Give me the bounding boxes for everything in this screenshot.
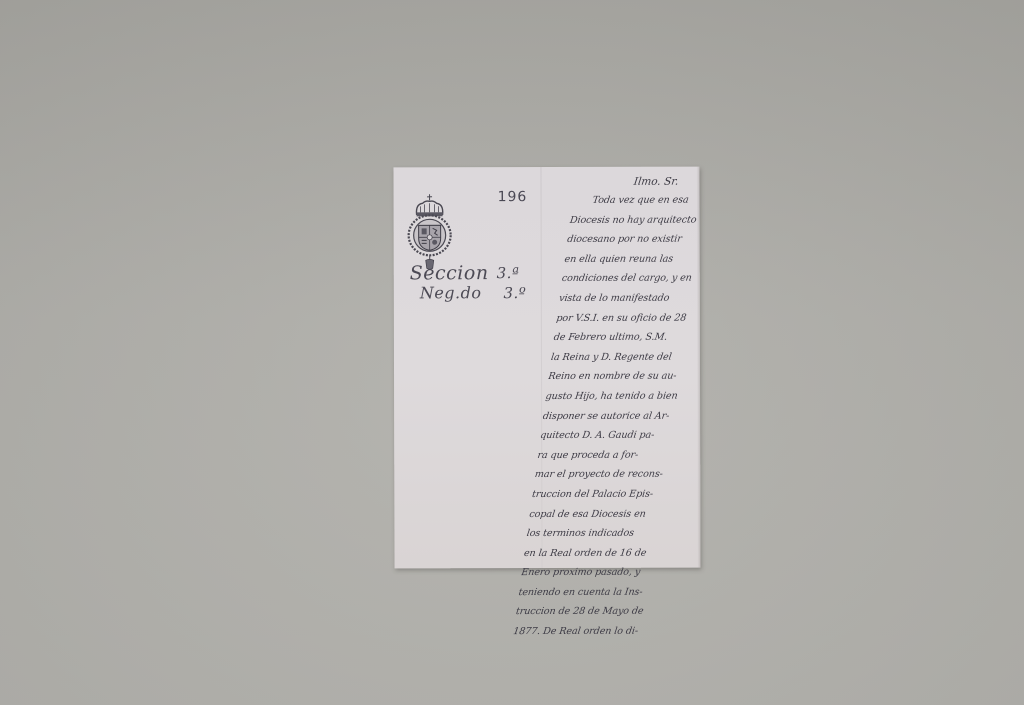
seccion-number: 3.ª	[497, 263, 520, 283]
letter-line: diocesano por no existir	[566, 230, 721, 250]
letter-line: mar el proyecto de recons-	[533, 465, 688, 485]
letter-line: teniendo en cuenta la Ins-	[517, 583, 672, 603]
letter-line: Diocesis no hay arquitecto	[569, 210, 724, 230]
royal-crest-icon	[404, 192, 456, 270]
letter-line: en la Real orden de 16 de	[523, 543, 678, 563]
section-heading: Seccion 3.ª Neg.do 3.º	[410, 263, 527, 303]
negociado-label: Neg.do	[420, 283, 482, 303]
negociado-number: 3.º	[503, 283, 526, 303]
letter-line: disponer se autorice al Ar-	[542, 406, 697, 426]
letter-line: quitecto D. A. Gaudi pa-	[539, 426, 694, 446]
letter-line: los terminos indicados	[525, 524, 680, 544]
letter-line: copal de esa Diocesis en	[528, 504, 683, 524]
letter-line: Toda vez que en esa	[571, 191, 726, 211]
letter-line: truccion del Palacio Epis-	[531, 485, 686, 505]
letter-line: condiciones del cargo, y en	[560, 269, 715, 289]
letter-line: Enero proximo pasado, y	[520, 563, 675, 583]
letter-line: en ella quien reuna las	[563, 249, 718, 269]
letter-line: 1877. De Real orden lo di-	[512, 622, 667, 642]
letter-line: vista de lo manifestado	[558, 289, 713, 309]
letter-line: la Reina y D. Regente del	[550, 347, 705, 367]
folio-number: 196	[498, 189, 528, 205]
document-page: 196 Seccion 3.ª Neg.do 3.º Il	[393, 167, 700, 569]
seccion-label: Seccion	[410, 263, 489, 283]
letter-line: truccion de 28 de Mayo de	[514, 602, 669, 622]
salutation: Ilmo. Sr.	[584, 173, 728, 191]
letter-body: Ilmo. Sr. Toda vez que en esa Diocesis n…	[512, 173, 729, 642]
letter-line: Reino en nombre de su au-	[547, 367, 702, 387]
letter-line: por V.S.I. en su oficio de 28	[555, 308, 710, 328]
letter-line: ra que proceda a for-	[536, 445, 691, 465]
letter-line: de Febrero ultimo, S.M.	[552, 328, 707, 348]
letter-line: gusto Hijo, ha tenido a bien	[544, 387, 699, 407]
